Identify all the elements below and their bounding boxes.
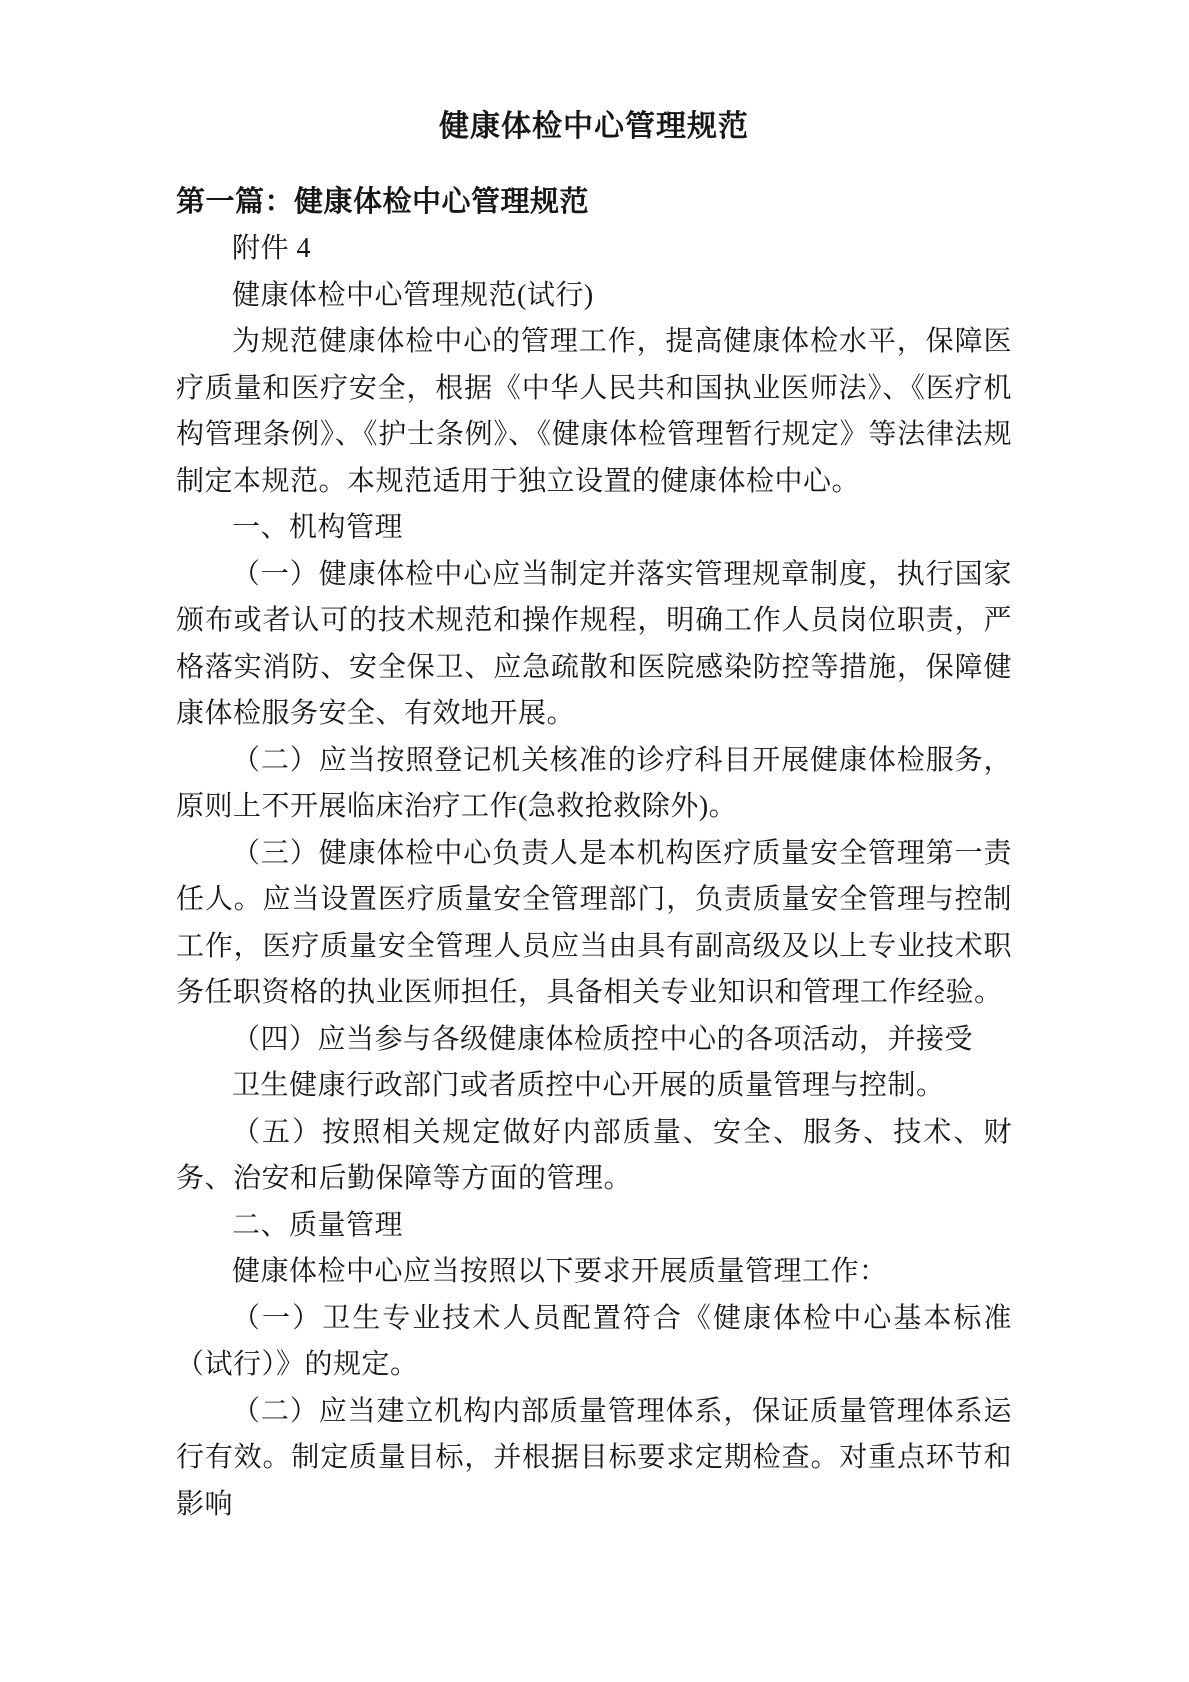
paragraph: 健康体检中心应当按照以下要求开展质量管理工作： [176,1249,1012,1296]
paragraph: （三）健康体检中心负责人是本机构医疗质量安全管理第一责任人。应当设置医疗质量安全… [176,831,1012,1017]
paragraph: （二）应当按照登记机关核准的诊疗科目开展健康体检服务，原则上不开展临床治疗工作(… [176,738,1012,831]
paragraph: 一、机构管理 [176,505,1012,552]
paragraph: 卫生健康行政部门或者质控中心开展的质量管理与控制。 [176,1063,1012,1110]
paragraph: （五）按照相关规定做好内部质量、安全、服务、技术、财务、治安和后勤保障等方面的管… [176,1110,1012,1203]
paragraph: （四）应当参与各级健康体检质控中心的各项活动，并接受 [176,1017,1012,1064]
paragraph: （二）应当建立机构内部质量管理体系，保证质量管理体系运行有效。制定质量目标，并根… [176,1389,1012,1529]
document-title: 健康体检中心管理规范 [176,104,1012,150]
paragraph: （一）健康体检中心应当制定并落实管理规章制度，执行国家颁布或者认可的技术规范和操… [176,552,1012,738]
section-heading: 第一篇：健康体检中心管理规范 [176,178,1012,226]
paragraph: 健康体检中心管理规范(试行) [176,273,1012,320]
paragraph-list: 附件 4健康体检中心管理规范(试行)为规范健康体检中心的管理工作，提高健康体检水… [176,226,1012,1528]
paragraph: 为规范健康体检中心的管理工作，提高健康体检水平，保障医疗质量和医疗安全，根据《中… [176,319,1012,505]
paragraph: 二、质量管理 [176,1203,1012,1250]
paragraph: 附件 4 [176,226,1012,273]
paragraph: （一）卫生专业技术人员配置符合《健康体检中心基本标准（试行）》的规定。 [176,1296,1012,1389]
document-page: 健康体检中心管理规范 第一篇：健康体检中心管理规范 附件 4健康体检中心管理规范… [0,0,1189,1682]
document-body: 健康体检中心管理规范 第一篇：健康体检中心管理规范 附件 4健康体检中心管理规范… [176,0,1012,1528]
